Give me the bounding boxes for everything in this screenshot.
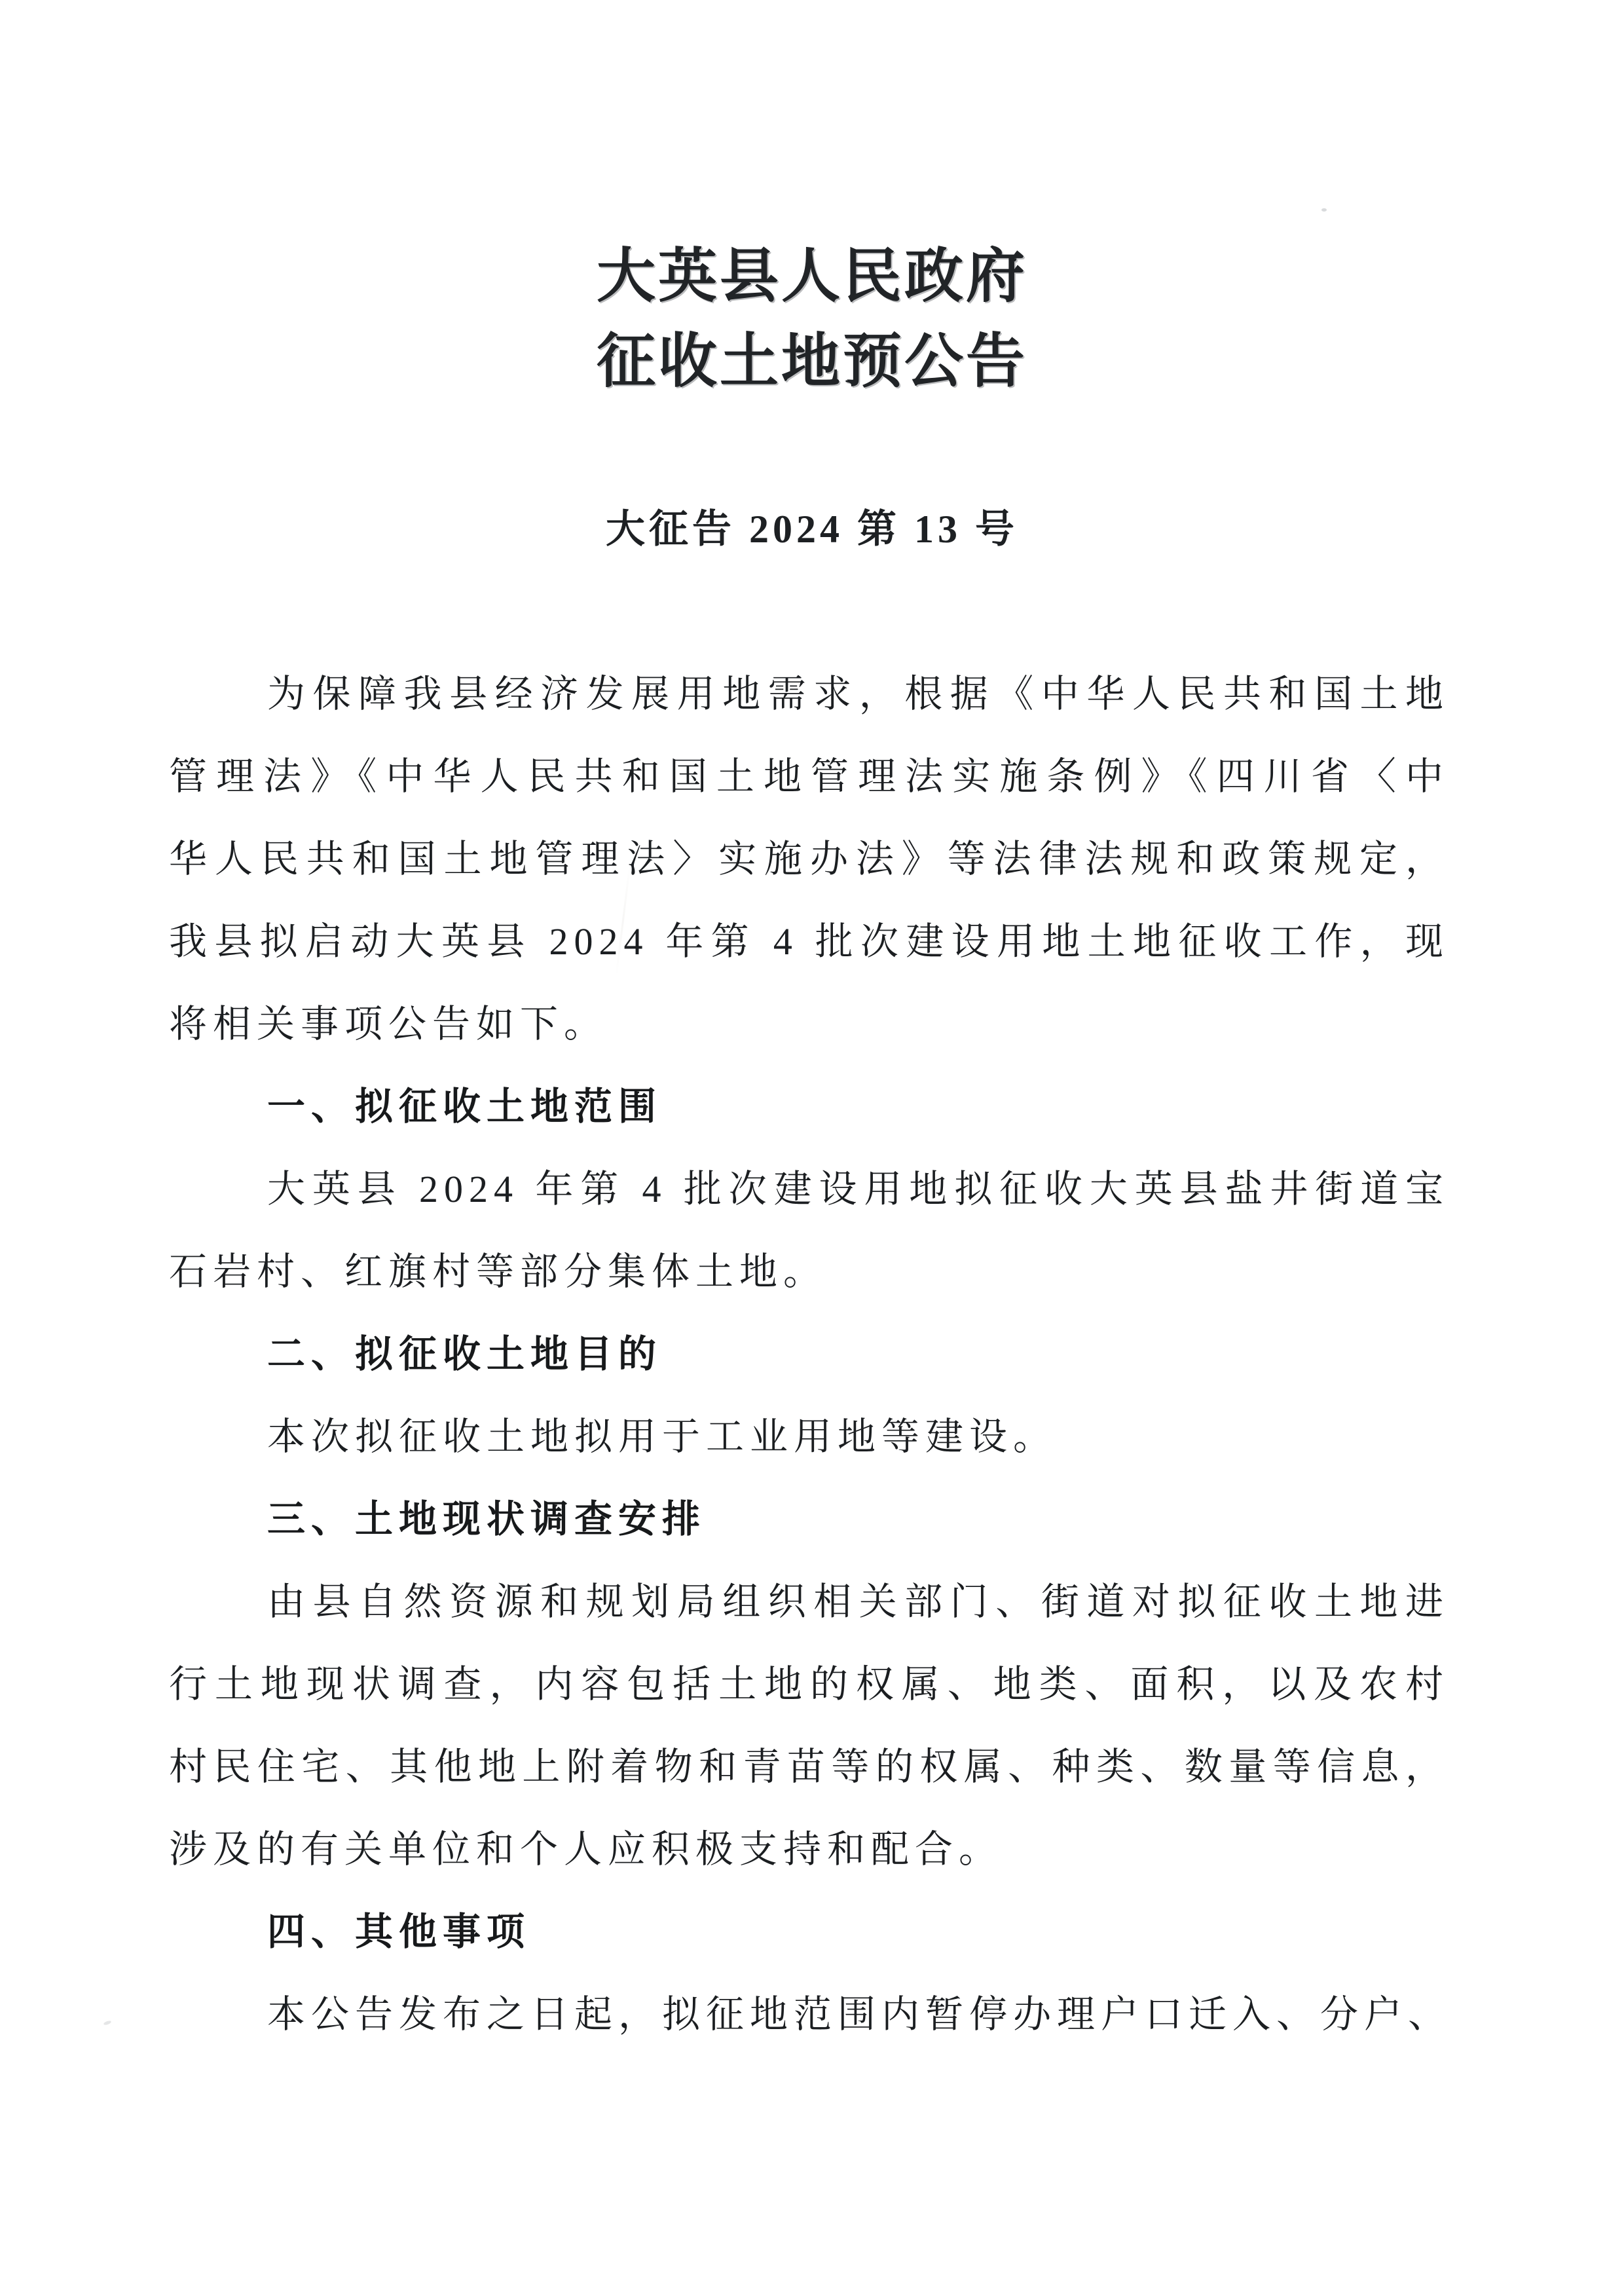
body-line: 涉及的有关单位和个人应积极支持和配合。 [169,1808,1449,1891]
document-body: 为保障我县经济发展用地需求，根据《中华人民共和国土地管理法》《中华人民共和国土地… [169,653,1449,2056]
body-line: 本公告发布之日起，拟征地范围内暂停办理户口迁入、分户、 [169,1973,1449,2056]
document-page: 大英县人民政府 征收土地预公告 大征告 2024 第 13 号 为保障我县经济发… [0,0,1624,2295]
section-heading: 一、拟征收土地范围 [169,1066,1449,1148]
scan-speck [1321,208,1327,212]
title-line-1: 大英县人民政府 [0,234,1624,320]
body-line: 行土地现状调查，内容包括土地的权属、地类、面积，以及农村 [169,1643,1449,1726]
scan-speck [103,2020,112,2026]
body-line: 将相关事项公告如下。 [169,983,1449,1066]
body-line: 我县拟启动大英县 2024 年第 4 批次建设用地土地征收工作，现 [169,901,1449,983]
body-line: 石岩村、红旗村等部分集体土地。 [169,1231,1449,1313]
body-line: 大英县 2024 年第 4 批次建设用地拟征收大英县盐井街道宝 [169,1148,1449,1231]
body-line: 村民住宅、其他地上附着物和青苗等的权属、种类、数量等信息， [169,1726,1449,1808]
body-line: 华人民共和国土地管理法〉实施办法》等法律法规和政策规定， [169,818,1449,901]
document-number: 大征告 2024 第 13 号 [0,503,1624,555]
section-heading: 四、其他事项 [169,1891,1449,1973]
section-heading: 三、土地现状调查安排 [169,1478,1449,1561]
section-heading: 二、拟征收土地目的 [169,1313,1449,1396]
title-line-2: 征收土地预公告 [0,320,1624,405]
body-line: 为保障我县经济发展用地需求，根据《中华人民共和国土地 [169,653,1449,736]
document-title: 大英县人民政府 征收土地预公告 [0,234,1624,405]
body-line: 管理法》《中华人民共和国土地管理法实施条例》《四川省〈中 [169,736,1449,818]
body-line: 本次拟征收土地拟用于工业用地等建设。 [169,1396,1449,1478]
body-line: 由县自然资源和规划局组织相关部门、街道对拟征收土地进 [169,1561,1449,1643]
